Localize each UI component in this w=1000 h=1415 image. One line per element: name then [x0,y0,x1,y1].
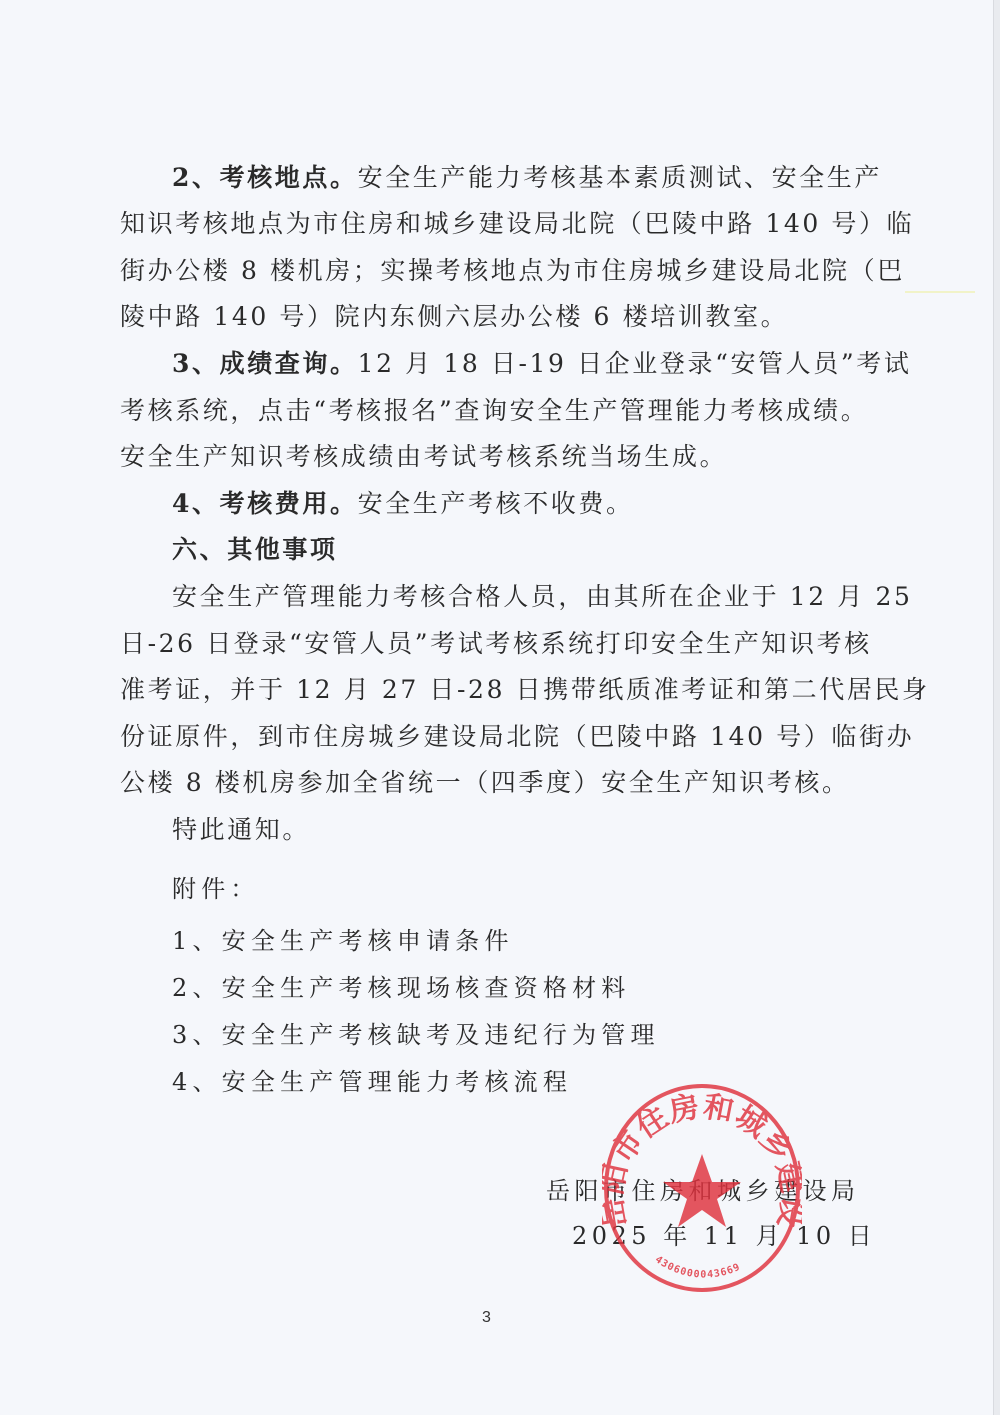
attachment-item-4: 4、安全生产管理能力考核流程 [172,1067,572,1097]
section-results-heading: 3、成绩查询。 [172,349,358,378]
section-results-line-1: 3、成绩查询。12 月 18 日-19 日企业登录“安管人员”考试 [172,349,912,379]
attachment-item-3: 3、安全生产考核缺考及违纪行为管理 [172,1020,660,1050]
section-fees-line-1: 4、考核费用。安全生产考核不收费。 [172,489,912,519]
scan-artifact-line [905,291,975,293]
page-number: 3 [482,1309,491,1327]
other-matters-line-5: 公楼 8 楼机房参加全省统一（四季度）安全生产知识考核。 [120,768,860,798]
section-fees-heading: 4、考核费用。 [172,489,358,518]
page-edge [993,0,1000,1415]
attachment-item-2: 2、安全生产考核现场核查资格材料 [172,973,630,1003]
other-matters-line-2: 日-26 日登录“安管人员”考试考核系统打印安全生产知识考核 [120,629,860,659]
document-page: 2、考核地点。安全生产能力考核基本素质测试、安全生产 知识考核地点为市住房和城乡… [0,0,994,1415]
section-location-line-1: 2、考核地点。安全生产能力考核基本素质测试、安全生产 [172,163,912,193]
other-matters-line-1: 安全生产管理能力考核合格人员，由其所在企业于 12 月 25 [172,582,912,612]
section-location-line-4: 陵中路 140 号）院内东侧六层办公楼 6 楼培训教室。 [120,302,860,332]
closing-text: 特此通知。 [172,815,912,845]
attachment-item-1: 1、安全生产考核申请条件 [172,926,514,956]
section-results-line-3: 安全生产知识考核成绩由考试考核系统当场生成。 [120,442,860,472]
official-seal-icon: 岳阳市住房和城乡建设局 4306000043669 [602,1082,802,1294]
other-matters-line-4: 份证原件，到市住房城乡建设局北院（巴陵中路 140 号）临街办 [120,722,860,752]
section-location-line-3: 街办公楼 8 楼机房；实操考核地点为市住房城乡建设局北院（巴 [120,256,860,286]
section-location-line-2: 知识考核地点为市住房和城乡建设局北院（巴陵中路 140 号）临 [120,209,860,239]
svg-text:4306000043669: 4306000043669 [653,1254,743,1280]
section-location-heading: 2、考核地点。 [172,163,358,192]
other-matters-line-3: 准考证，并于 12 月 27 日-28 日携带纸质准考证和第二代居民身 [120,675,860,705]
attachments-label: 附件： [172,874,260,904]
other-matters-heading: 六、其他事项 [172,535,912,565]
section-results-line-2: 考核系统，点击“考核报名”查询安全生产管理能力考核成绩。 [120,396,860,426]
